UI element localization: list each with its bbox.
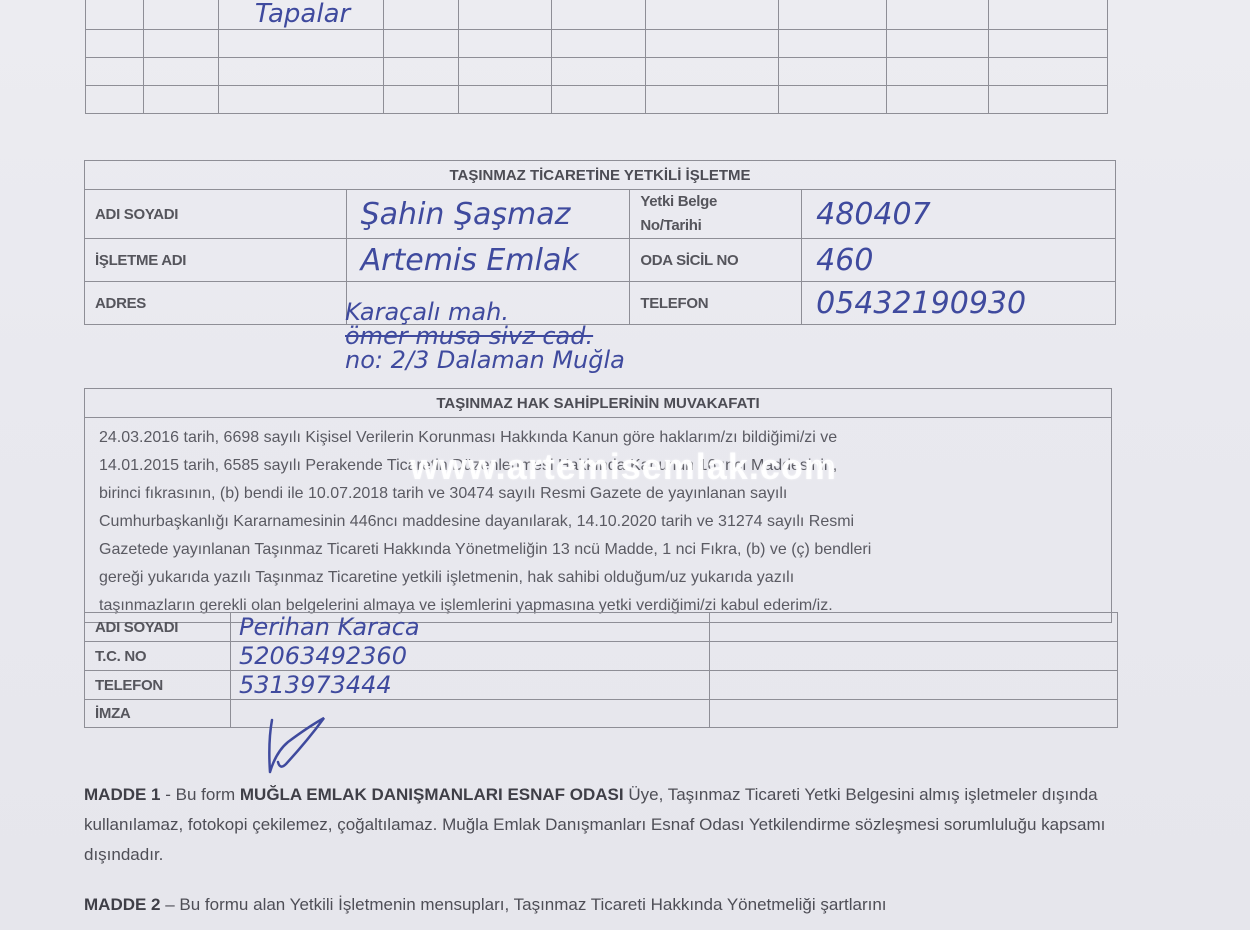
business-name-value: Artemis Emlak	[346, 239, 630, 282]
consent-line: Cumhurbaşkanlığı Kararnamesinin 446ncı m…	[99, 508, 1099, 536]
license-label: Yetki Belge No/Tarihi	[630, 190, 802, 239]
license-value: 480407	[802, 190, 1116, 239]
article-1-title: MADDE 1	[84, 785, 161, 804]
address-label: ADRES	[85, 282, 347, 325]
owner-table: ADI SOYADI Perihan Karaca T.C. NO 520634…	[84, 612, 1118, 728]
article-2: MADDE 2 – Bu formu alan Yetkili İşletmen…	[84, 890, 1124, 920]
name-label: ADI SOYADI	[85, 190, 347, 239]
chamber-label: ODA SİCİL NO	[630, 239, 802, 282]
watermark: www.artemisemlak.com	[410, 446, 837, 488]
handwritten-cell: Tapalar	[218, 0, 383, 30]
owner-name-label: ADI SOYADI	[85, 613, 231, 642]
owner-name-value: Perihan Karaca	[231, 613, 710, 642]
address-value: Karaçalı mah. ömer musa sivz cad. no: 2/…	[345, 300, 625, 372]
table-row: Tapalar	[86, 0, 1108, 30]
consent-section-title: TAŞINMAZ HAK SAHİPLERİNİN MUVAKAFATI	[85, 389, 1112, 418]
business-name-label: İŞLETME ADI	[85, 239, 347, 282]
business-section-title: TAŞINMAZ TİCARETİNE YETKİLİ İŞLETME	[85, 161, 1116, 190]
article-2-text: – Bu formu alan Yetkili İşletmenin mensu…	[161, 895, 887, 914]
owner-phone-label: TELEFON	[85, 671, 231, 700]
consent-table: TAŞINMAZ HAK SAHİPLERİNİN MUVAKAFATI 24.…	[84, 388, 1112, 623]
owner-id-value: 52063492360	[231, 642, 710, 671]
article-2-title: MADDE 2	[84, 895, 161, 914]
article-1: MADDE 1 - Bu form MUĞLA EMLAK DANIŞMANLA…	[84, 780, 1124, 870]
license-label-line2: No/Tarihi	[640, 217, 701, 234]
phone-label: TELEFON	[630, 282, 802, 325]
signature-label: İMZA	[85, 700, 231, 728]
consent-line: gereği yukarıda yazılı Taşınmaz Ticareti…	[99, 564, 1099, 592]
license-label-line1: Yetki Belge	[640, 193, 717, 210]
agent-name-value: Şahin Şaşmaz	[346, 190, 630, 239]
table-row	[86, 30, 1108, 58]
address-line: Karaçalı mah.	[345, 300, 625, 324]
article-1-bold: MUĞLA EMLAK DANIŞMANLARI ESNAF ODASI	[240, 785, 624, 804]
owner-phone-value: 5313973444	[231, 671, 710, 700]
business-phone-value: 05432190930	[802, 282, 1116, 325]
signature-icon	[258, 712, 338, 782]
owner-id-label: T.C. NO	[85, 642, 231, 671]
chamber-value: 460	[802, 239, 1116, 282]
table-row	[86, 86, 1108, 114]
consent-line: Gazetede yayınlanan Taşınmaz Ticareti Ha…	[99, 536, 1099, 564]
article-1-sep: - Bu form	[161, 785, 240, 804]
top-property-table: Tapalar	[85, 0, 1108, 114]
table-row	[86, 58, 1108, 86]
address-line: ömer musa sivz cad.	[345, 324, 625, 348]
address-line: no: 2/3 Dalaman Muğla	[345, 348, 625, 372]
